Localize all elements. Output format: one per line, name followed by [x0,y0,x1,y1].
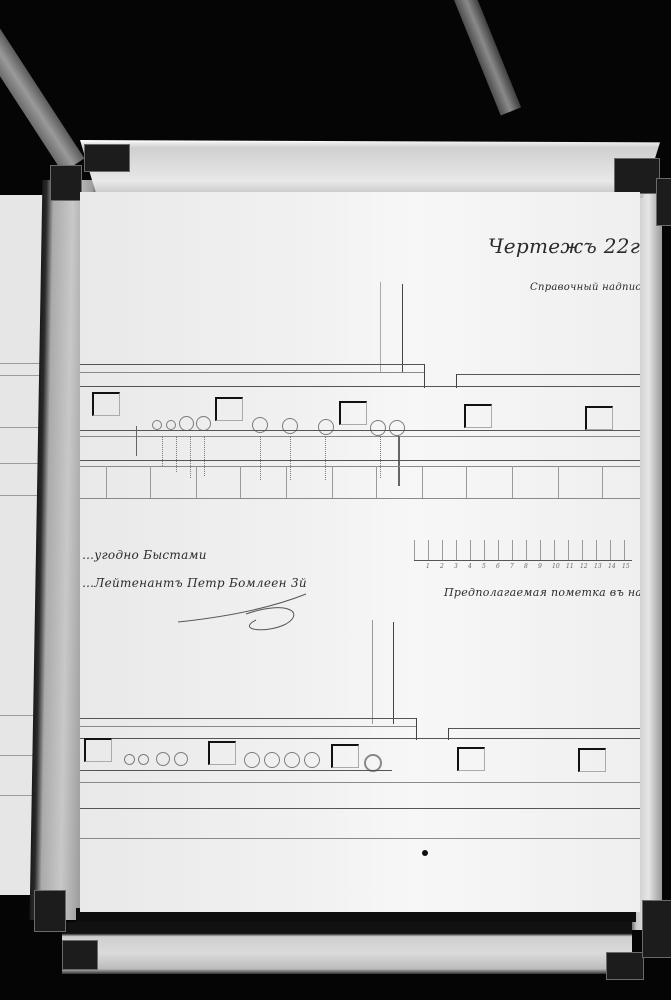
lower-deck-line-aft [448,728,640,729]
upper-deck-step [424,364,425,388]
frame-clamp-right-upper [656,178,671,226]
gun-port [339,401,367,425]
plank-seam [422,466,423,498]
frame-clamp-left-upper [50,165,82,201]
lower-deck-line [80,718,416,719]
scale-label: 13 [594,563,602,570]
round-shot [282,418,298,434]
scale-label: 8 [524,563,528,570]
signature-line-1: …угодно Быстами [82,548,207,562]
upper-mast-right-edge [402,284,403,372]
scale-label: 6 [496,563,500,570]
scale-label: 4 [468,563,472,570]
frame-top-rail [80,140,660,198]
frame-clamp-top-left [84,144,130,172]
scale-label: 7 [510,563,514,570]
round-shot [179,416,194,431]
lower-rail-line [80,770,392,771]
scale-label: 12 [580,563,588,570]
drawing-subtitle: Справочный надпись [530,282,640,293]
scale-label: 10 [552,563,560,570]
scale-label: 5 [482,563,486,570]
gun-port [84,738,112,762]
plank-seam [240,466,241,498]
ink-blot [422,850,428,856]
lower-mast-left-edge [372,620,373,724]
scale-label: 11 [566,563,574,570]
upper-rail-line-2 [80,436,640,437]
dotted-drop [380,436,381,478]
upper-wale-line [80,460,640,461]
plank-seam [376,466,377,498]
plank-seam [106,466,107,498]
upper-deck-line [80,364,425,365]
upper-plank-line [80,498,640,499]
lower-deck-step [416,718,417,740]
dotted-drop [325,436,326,480]
lower-mast-right-edge [393,622,394,724]
wooden-beam-top [452,0,521,116]
caption-right: Предполагаемая пометка въ надписи [444,586,640,599]
scale-label: 14 [608,563,616,570]
drawing-sheet: Чертежъ 22го нумера Справочный надпись [80,192,640,912]
gun-port [578,748,606,772]
upper-rail-line [80,430,640,431]
dotted-drop [204,436,205,476]
scale-label: 1 [426,563,430,570]
plank-seam [512,466,513,498]
round-shot [284,752,300,768]
scale-label: 3 [454,563,458,570]
round-shot [174,752,188,766]
signature-line-2: …Лейтенантъ Петр Бомлеен 3й [82,576,307,590]
lower-deck-line-2 [80,726,416,727]
round-shot [166,420,176,430]
scale-label: 9 [538,563,542,570]
dotted-drop [260,436,261,480]
lower-plank-line [80,838,640,839]
round-shot [370,420,386,436]
round-shot [318,419,334,435]
plank-seam [466,466,467,498]
scale-bar: 1 2 3 4 5 6 7 8 9 10 11 12 13 14 15 [414,540,632,561]
signature-flourish [176,590,316,640]
plank-seam [558,466,559,498]
plank-seam [286,466,287,498]
round-shot [156,752,170,766]
dotted-drop [162,436,163,466]
round-shot [124,754,135,765]
frame-clamp-right-lower [642,900,671,958]
wooden-beam-left [0,16,84,173]
gun-port [92,392,120,416]
upper-deck-line-2 [80,372,425,373]
frame-clamp-bottom-left [34,890,66,932]
frame-bottom-rail [62,922,632,974]
gun-port [215,397,243,421]
upper-wale-line-2 [80,466,640,467]
round-shot [264,752,280,768]
gun-port [208,741,236,765]
dotted-drop [190,436,191,478]
upper-deck-line-aft [456,374,640,375]
round-shot [152,420,162,430]
drawing-title: Чертежъ 22го нумера [488,234,640,258]
anchor-chain-fwd [136,426,137,456]
gun-port [585,406,613,430]
plank-seam [602,466,603,498]
round-shot [244,752,260,768]
plank-seam [150,466,151,498]
frame-clamp-bottom-right [606,952,644,980]
plank-seam [196,466,197,498]
lower-gunwale-line [80,738,640,739]
plank-seam [332,466,333,498]
anchor-chain-aft [398,436,400,486]
round-shot [304,752,320,768]
scale-label: 2 [440,563,444,570]
frame-clamp-bottom-left-inner [62,940,98,970]
scale-label: 15 [622,563,630,570]
frame-clamp-top-right [614,158,660,194]
lower-wale-line [80,808,640,809]
upper-gunwale-line [80,386,640,387]
round-shot [196,416,211,431]
gun-port [457,747,485,771]
lower-rail-line-2 [80,782,640,783]
gun-port [331,744,359,768]
upper-mast-left-edge [380,282,381,372]
round-shot [138,754,149,765]
dotted-drop [290,436,291,480]
gun-port [464,404,492,428]
round-shot [389,420,405,436]
